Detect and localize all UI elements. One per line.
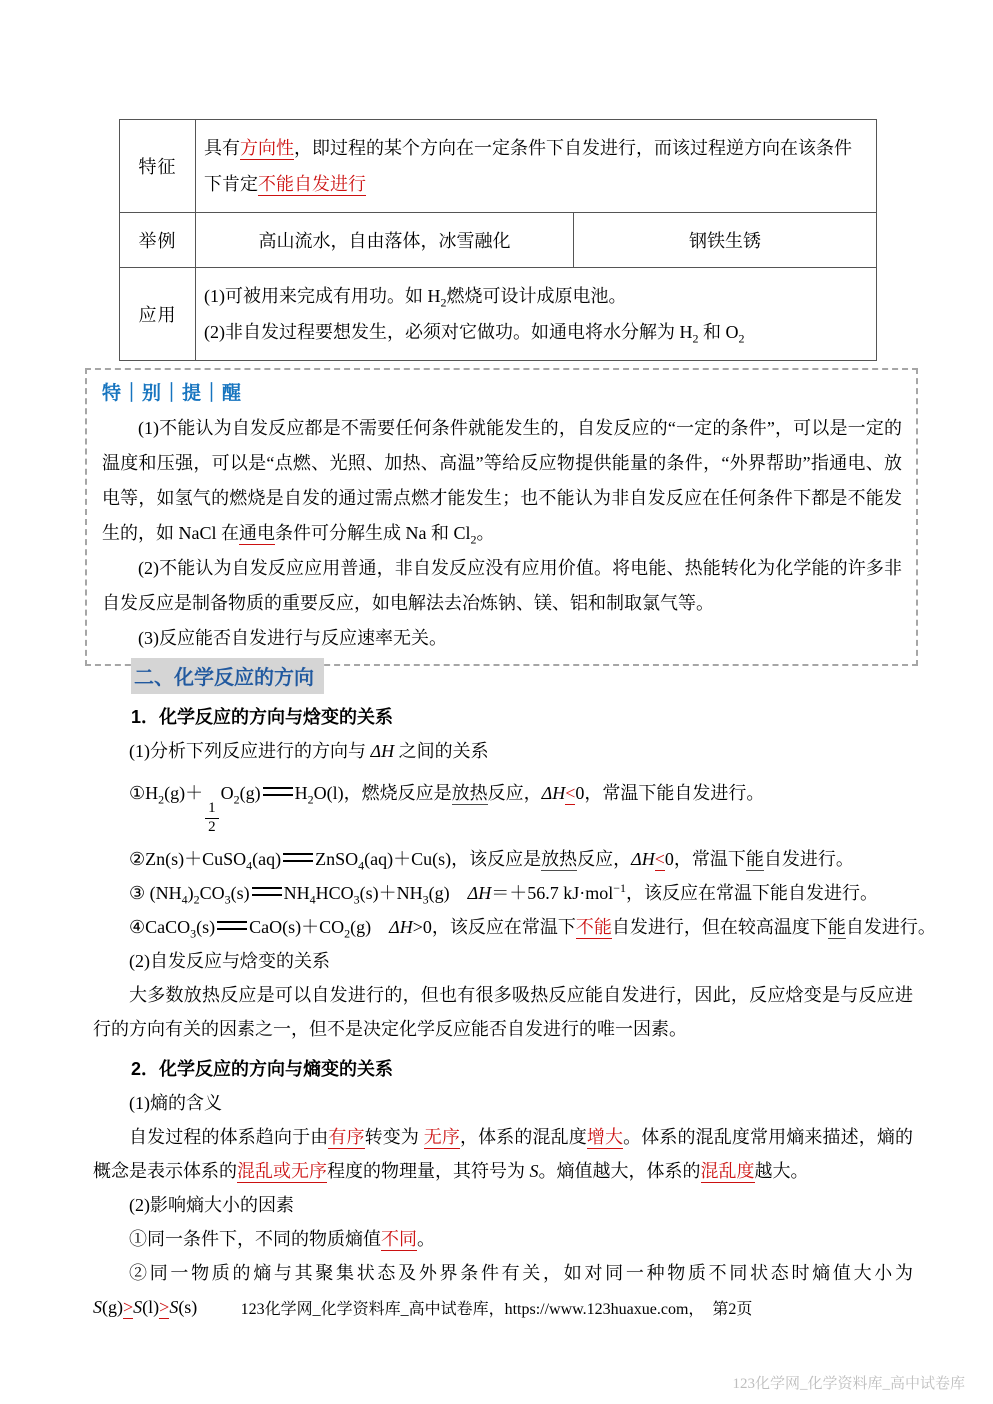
special-reminder-box: 特｜别｜提｜醒 (1)不能认为自发反应都是不需要任何条件就能发生的，自发反应的“… xyxy=(85,368,918,666)
page-footer: 123化学网_化学资料库_高中试卷库，https://www.123huaxue… xyxy=(0,1296,993,1319)
double-bond-equals xyxy=(217,921,247,930)
text-segment: ②Zn(s)＋CuSO xyxy=(129,849,246,869)
text-segment: ①H xyxy=(129,783,158,803)
text-segment: >0，该反应在常温下 xyxy=(413,917,576,937)
text-segment: 和 O xyxy=(699,322,739,342)
text-segment: 。熵值越大，体系的 xyxy=(539,1161,701,1181)
text-segment: (aq)＋Cu(s)，该反应是 xyxy=(364,849,541,869)
enthalpy-subheading: (2)自发反应与焓变的关系 xyxy=(93,944,913,978)
text-segment: −1 xyxy=(613,881,626,895)
text-segment: CO xyxy=(200,883,225,903)
text-segment: ΔH xyxy=(468,883,492,903)
text-segment: 自发进行。 xyxy=(764,849,854,869)
reminder-paragraph-3: (3)反应能否自发进行与反应速率无关。 xyxy=(102,621,902,656)
table-row-application: 应用 (1)可被用来完成有用功。如 H2燃烧可设计成原电池。 (2)非自发过程要… xyxy=(120,268,877,361)
text-segment: NH xyxy=(284,883,310,903)
main-content: 1．化学反应的方向与焓变的关系 (1)分析下列反应进行的方向与 ΔH 之间的关系… xyxy=(93,700,913,1324)
text-segment: 具有 xyxy=(204,138,240,158)
text-segment: 能 xyxy=(828,917,846,939)
text-segment: ΔH xyxy=(542,783,566,803)
text-segment: 混乱或无序 xyxy=(237,1161,327,1183)
text-segment: 无序 xyxy=(424,1127,460,1149)
text-segment: 自发过程的体系趋向于由 xyxy=(129,1127,328,1147)
summary-table: 特征 具有方向性，即过程的某个方向在一定条件下自发进行，而该过程逆方向在该条件下… xyxy=(119,119,877,361)
text-segment: 之间的关系 xyxy=(394,741,489,761)
text-segment: 自发进行。 xyxy=(846,917,936,937)
text-segment: (g) xyxy=(240,783,261,803)
double-bond-equals xyxy=(283,853,313,862)
table-row-example: 举例 高山流水，自由落体，冰雪融化 钢铁生锈 xyxy=(120,213,877,268)
analysis-intro: (1)分析下列反应进行的方向与 ΔH 之间的关系 xyxy=(93,734,913,768)
text-segment: ③ (NH xyxy=(129,883,182,903)
text-segment: 越大。 xyxy=(755,1161,809,1181)
row-label-example: 举例 xyxy=(120,213,196,268)
text-segment: S xyxy=(530,1161,539,1181)
text-segment: ZnSO xyxy=(315,849,358,869)
text-segment: 条件可分解生成 Na 和 Cl xyxy=(275,523,471,543)
reminder-paragraph-1: (1)不能认为自发反应都是不需要任何条件就能发生的，自发反应的“一定的条件”，可… xyxy=(102,411,902,551)
feature-cell: 具有方向性，即过程的某个方向在一定条件下自发进行，而该过程逆方向在该条件下肯定不… xyxy=(196,120,877,213)
text-segment: 反应， xyxy=(488,783,542,803)
reminder-paragraph-2: (2)不能认为自发反应应用普通，非自发反应没有应用价值。将电能、热能转化为化学能… xyxy=(102,551,902,621)
text-segment: 能 xyxy=(746,849,764,871)
text-segment: ，该反应在常温下能自发进行。 xyxy=(626,883,878,903)
text-segment: < xyxy=(565,783,575,805)
text-segment: 放热 xyxy=(541,849,577,871)
text-segment: ②同一物质的熵与其聚集状态及外界条件有关，如对同一种物质不同状态时熵值大小为 xyxy=(129,1263,913,1283)
text-segment: 混乱度 xyxy=(701,1161,755,1183)
text-segment: (1)可被用来完成有用功。如 H xyxy=(204,286,441,306)
text-segment: ＝＋56.7 kJ·mol xyxy=(491,883,613,903)
enthalpy-paragraph: 大多数放热反应是可以自发进行的，但也有很多吸热反应能自发进行，因此，反应焓变是与… xyxy=(93,978,913,1046)
double-bond-equals xyxy=(263,787,293,796)
text-segment: 不能 xyxy=(576,917,612,939)
section-heading: 二、化学反应的方向 xyxy=(131,658,324,694)
text-segment: (1)不能认为自发反应都是不需要任何条件就能发生的，自发反应的“一定的条件”，可… xyxy=(102,418,902,543)
text-segment: (aq) xyxy=(252,849,281,869)
text-segment: O xyxy=(221,783,234,803)
subsection-heading-1: 1．化学反应的方向与焓变的关系 xyxy=(131,700,913,734)
text-segment: ΔH xyxy=(371,741,395,761)
row-label-feature: 特征 xyxy=(120,120,196,213)
text-segment: (s) xyxy=(231,883,250,903)
text-segment: 燃烧可设计成原电池。 xyxy=(447,286,627,306)
text-segment: 反应， xyxy=(577,849,631,869)
text-segment: ΔH xyxy=(631,849,655,869)
text-segment: ④CaCO xyxy=(129,917,190,937)
text-segment: 转变为 xyxy=(365,1127,424,1147)
text-segment: 不能自发进行 xyxy=(258,174,366,196)
text-segment: 不同 xyxy=(381,1229,417,1251)
text-segment: 增大 xyxy=(587,1127,623,1149)
text-segment: ΔH xyxy=(389,917,413,937)
entropy-factors-heading: (2)影响熵大小的因素 xyxy=(93,1188,913,1222)
example-cell-rust: 钢铁生锈 xyxy=(574,213,877,268)
text-segment: O(l)，燃烧反应是 xyxy=(314,783,452,803)
text-segment: 0，常温下 xyxy=(665,849,746,869)
text-segment: (g) xyxy=(350,917,389,937)
text-segment: 2 xyxy=(739,332,745,346)
text-segment: 。 xyxy=(477,523,495,543)
text-segment: (1)分析下列反应进行的方向与 xyxy=(129,741,371,761)
double-bond-equals xyxy=(252,887,282,896)
text-segment: H xyxy=(295,783,308,803)
text-segment: < xyxy=(655,849,665,871)
entropy-paragraph: 自发过程的体系趋向于由有序转变为 无序，体系的混乱度增大。体系的混乱度常用熵来描… xyxy=(93,1120,913,1188)
text-segment: (g)＋ xyxy=(164,783,203,803)
table-row-feature: 特征 具有方向性，即过程的某个方向在一定条件下自发进行，而该过程逆方向在该条件下… xyxy=(120,120,877,213)
text-segment: 程度的物理量，其符号为 xyxy=(327,1161,530,1181)
equation-1: ①H2(g)＋12O2(g)H2O(l)，燃烧反应是放热反应，ΔH<0，常温下能… xyxy=(129,768,913,842)
text-segment: 自发进行，但在较高温度下 xyxy=(612,917,828,937)
text-segment: 有序 xyxy=(328,1127,364,1149)
text-segment: ，体系的混乱度 xyxy=(460,1127,587,1147)
entropy-factor-1: ①同一条件下，不同的物质熵值不同。 xyxy=(93,1222,913,1256)
text-segment: 0，常温下能自发进行。 xyxy=(575,783,764,803)
application-line-1: (1)可被用来完成有用功。如 H2燃烧可设计成原电池。 xyxy=(204,278,868,314)
entropy-meaning-heading: (1)熵的含义 xyxy=(93,1086,913,1120)
text-segment: (s) xyxy=(196,917,215,937)
example-cell-spontaneous: 高山流水，自由落体，冰雪融化 xyxy=(196,213,574,268)
document-page: 特征 具有方向性，即过程的某个方向在一定条件下自发进行，而该过程逆方向在该条件下… xyxy=(0,0,993,1404)
text-segment: (2)非自发过程要想发生，必须对它做功。如通电将水分解为 H xyxy=(204,322,693,342)
subsection-heading-2: 2．化学反应的方向与熵变的关系 xyxy=(131,1052,913,1086)
equation-3: ③ (NH4)2CO3(s)NH4HCO3(s)＋NH3(g) ΔH＝＋56.7… xyxy=(129,876,913,910)
text-segment: (s)＋NH xyxy=(360,883,423,903)
text-segment: CaO(s)＋CO xyxy=(249,917,344,937)
equation-4: ④CaCO3(s)CaO(s)＋CO2(g) ΔH>0，该反应在常温下不能自发进… xyxy=(129,910,913,944)
fraction: 12 xyxy=(205,801,219,836)
text-segment: 放热 xyxy=(452,783,488,805)
application-cell: (1)可被用来完成有用功。如 H2燃烧可设计成原电池。 (2)非自发过程要想发生… xyxy=(196,268,877,361)
text-segment: (g) xyxy=(429,883,468,903)
text-segment: 。 xyxy=(417,1229,435,1249)
reminder-title: 特｜别｜提｜醒 xyxy=(102,378,902,405)
row-label-application: 应用 xyxy=(120,268,196,361)
text-segment: HCO xyxy=(316,883,354,903)
text-segment: 方向性 xyxy=(240,138,294,160)
text-segment: ①同一条件下，不同的物质熵值 xyxy=(129,1229,381,1249)
text-segment: 通电 xyxy=(239,523,275,545)
site-watermark: 123化学网_化学资料库_高中试卷库 xyxy=(732,1372,965,1393)
application-line-2: (2)非自发过程要想发生，必须对它做功。如通电将水分解为 H2 和 O2 xyxy=(204,314,868,350)
equation-2: ②Zn(s)＋CuSO4(aq)ZnSO4(aq)＋Cu(s)，该反应是放热反应… xyxy=(129,842,913,876)
